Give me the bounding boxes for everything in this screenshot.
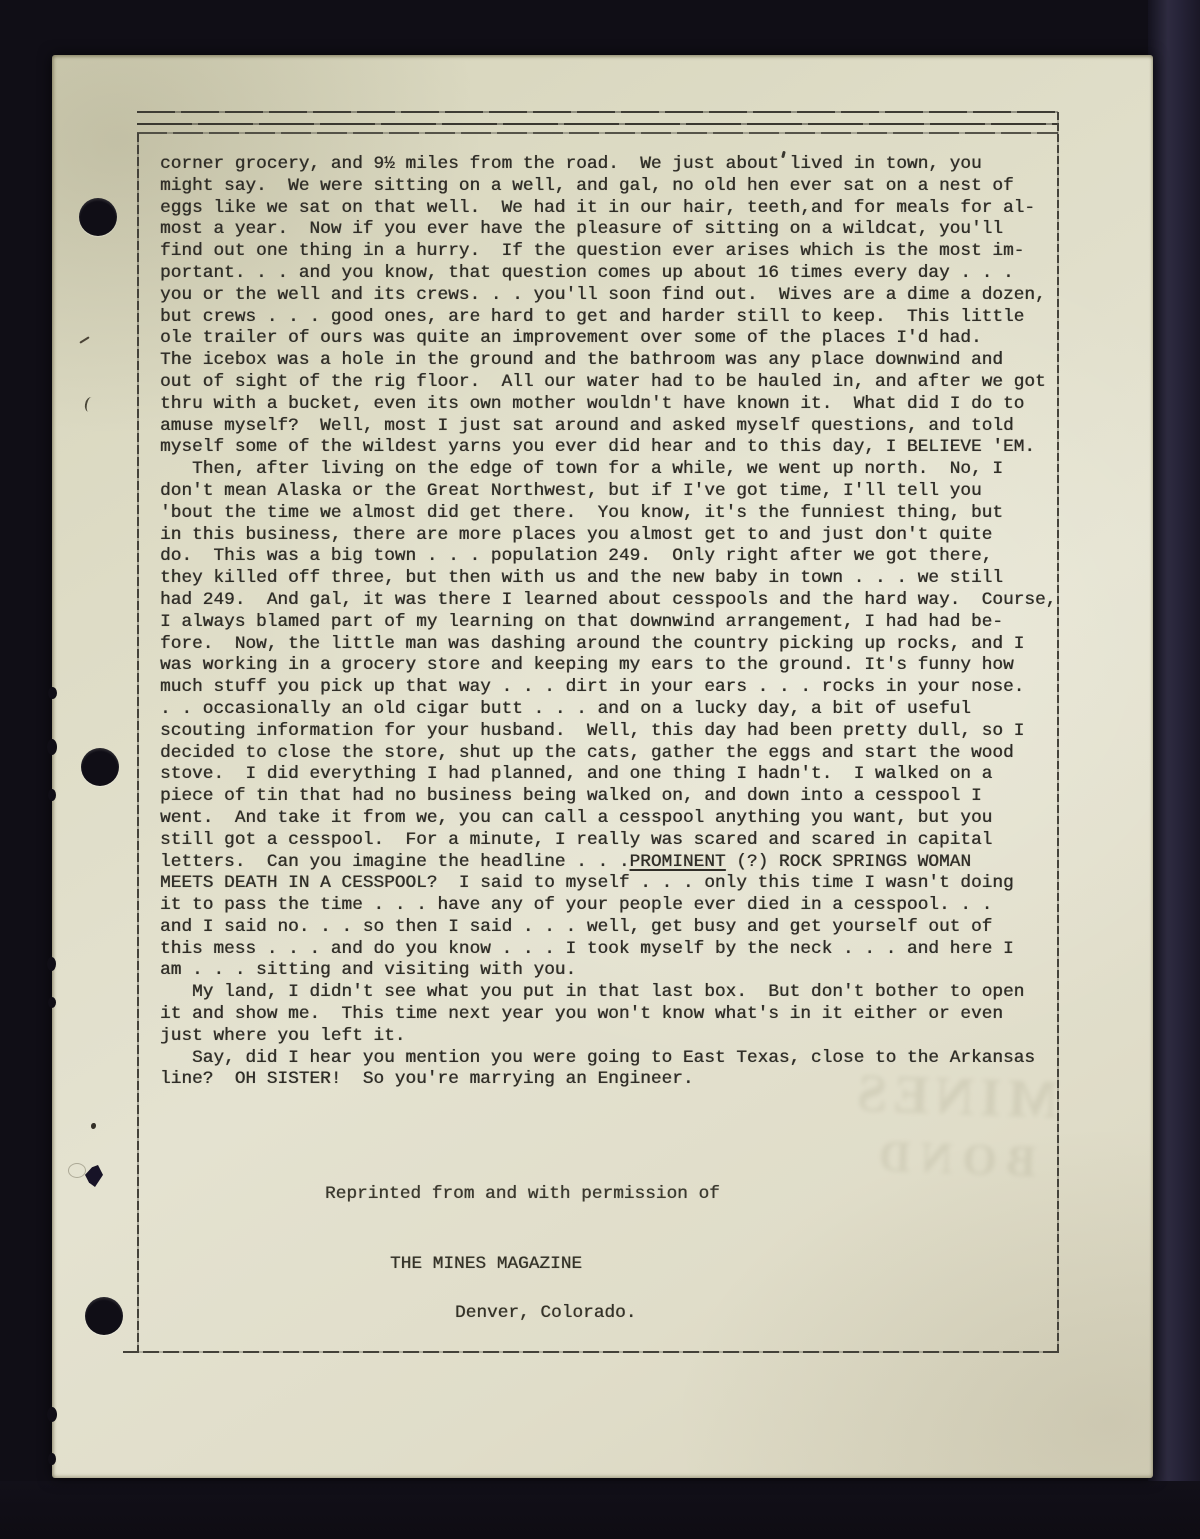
text-line: in this business, there are more places … [160,525,1065,547]
text-line: but crews . . . good ones, are hard to g… [160,307,1065,329]
reprint-notice: Reprinted from and with permission of [325,1184,720,1206]
text-line: just where you left it. [160,1026,1065,1048]
text-line: might say. We were sitting on a well, an… [160,176,1065,198]
text-line: letters. Can you imagine the headline . … [160,852,1065,874]
text-line: stove. I did everything I had planned, a… [160,764,1065,786]
publication-location: Denver, Colorado. [455,1303,636,1325]
text-line: ole trailer of ours was quite an improve… [160,328,1065,350]
text-line: eggs like we sat on that well. We had it… [160,198,1065,220]
border-rule-top-third [137,132,1058,134]
text-line: line? OH SISTER! So you're marrying an E… [160,1069,1065,1091]
text-line: Say, did I hear you mention you were goi… [160,1048,1065,1070]
scanner-bed-bottom [0,1481,1200,1539]
text-line: My land, I didn't see what you put in th… [160,982,1065,1004]
text-line: it to pass the time . . . have any of yo… [160,895,1065,917]
text-line: much stuff you pick up that way . . . di… [160,677,1065,699]
edge-notch [47,1407,57,1422]
edge-notch [48,997,56,1008]
border-rule-bottom [123,1351,1059,1353]
text-line: 'bout the time we almost did get there. … [160,503,1065,525]
text-line: most a year. Now if you ever have the pl… [160,219,1065,241]
text-line: I always blamed part of my learning on t… [160,612,1065,634]
text-line: fore. Now, the little man was dashing ar… [160,634,1065,656]
text-line: Then, after living on the edge of town f… [160,459,1065,481]
text-line: had 249. And gal, it was there I learned… [160,590,1065,612]
text-line: piece of tin that had no business being … [160,786,1065,808]
punch-hole-middle [81,748,119,786]
text-line: they killed off three, but then with us … [160,568,1065,590]
text-line: was working in a grocery store and keepi… [160,655,1065,677]
text-line: scouting information for your husband. W… [160,721,1065,743]
text-line: went. And take it from we, you can call … [160,808,1065,830]
text-line: still got a cesspool. For a minute, I re… [160,830,1065,852]
typewritten-text-block: corner grocery, and 9½ miles from the ro… [160,154,1065,1091]
text-line: decided to close the store, shut up the … [160,743,1065,765]
paper-tear-mark [83,1165,103,1187]
document-page: MINES BOND corner grocery, and 9½ miles … [52,55,1153,1478]
edge-notch [47,739,57,755]
text-line: The icebox was a hole in the ground and … [160,350,1065,372]
bleedthrough-ghost-text: MINES BOND [738,1058,1165,1293]
scanner-bed-right-band [1148,0,1200,1539]
text-line: amuse myself? Well, most I just sat arou… [160,416,1065,438]
text-line: thru with a bucket, even its own mother … [160,394,1065,416]
punch-hole-top [79,198,117,236]
text-line: out of sight of the rig floor. All our w… [160,372,1065,394]
text-line: MEETS DEATH IN A CESSPOOL? I said to mys… [160,873,1065,895]
bleedthrough-line: BOND [742,1126,1164,1192]
publication-name: THE MINES MAGAZINE [390,1254,582,1276]
edge-notch [48,687,57,699]
border-rule-top-second [137,123,1058,125]
text-line: this mess . . . and do you know . . . I … [160,939,1065,961]
text-line: don't mean Alaska or the Great Northwest… [160,481,1065,503]
edge-notch [48,789,56,801]
border-rule-left [137,133,139,1352]
edge-notch [48,1453,56,1465]
text-line: find out one thing in a hurry. If the qu… [160,241,1065,263]
text-line: myself some of the wildest yarns you eve… [160,437,1065,459]
punch-hole-bottom [85,1297,123,1335]
text-line: corner grocery, and 9½ miles from the ro… [160,154,1065,176]
text-line: portant. . . and you know, that question… [160,263,1065,285]
border-rule-top-first [137,111,1058,113]
edge-notch [47,957,56,971]
pen-dash-mark [79,336,89,344]
text-line: it and show me. This time next year you … [160,1004,1065,1026]
scanned-page-view: MINES BOND corner grocery, and 9½ miles … [0,0,1200,1539]
faint-ring-mark [68,1163,86,1178]
text-line: am . . . sitting and visiting with you. [160,960,1065,982]
ink-dot-mark [91,1123,96,1129]
text-line: do. This was a big town . . . population… [160,546,1065,568]
text-line: and I said no. . . so then I said . . . … [160,917,1065,939]
pen-curve-mark [84,396,97,413]
text-line: . . occasionally an old cigar butt . . .… [160,699,1065,721]
text-line: you or the well and its crews. . . you'l… [160,285,1065,307]
underlined-word: PROMINENT [630,852,726,872]
